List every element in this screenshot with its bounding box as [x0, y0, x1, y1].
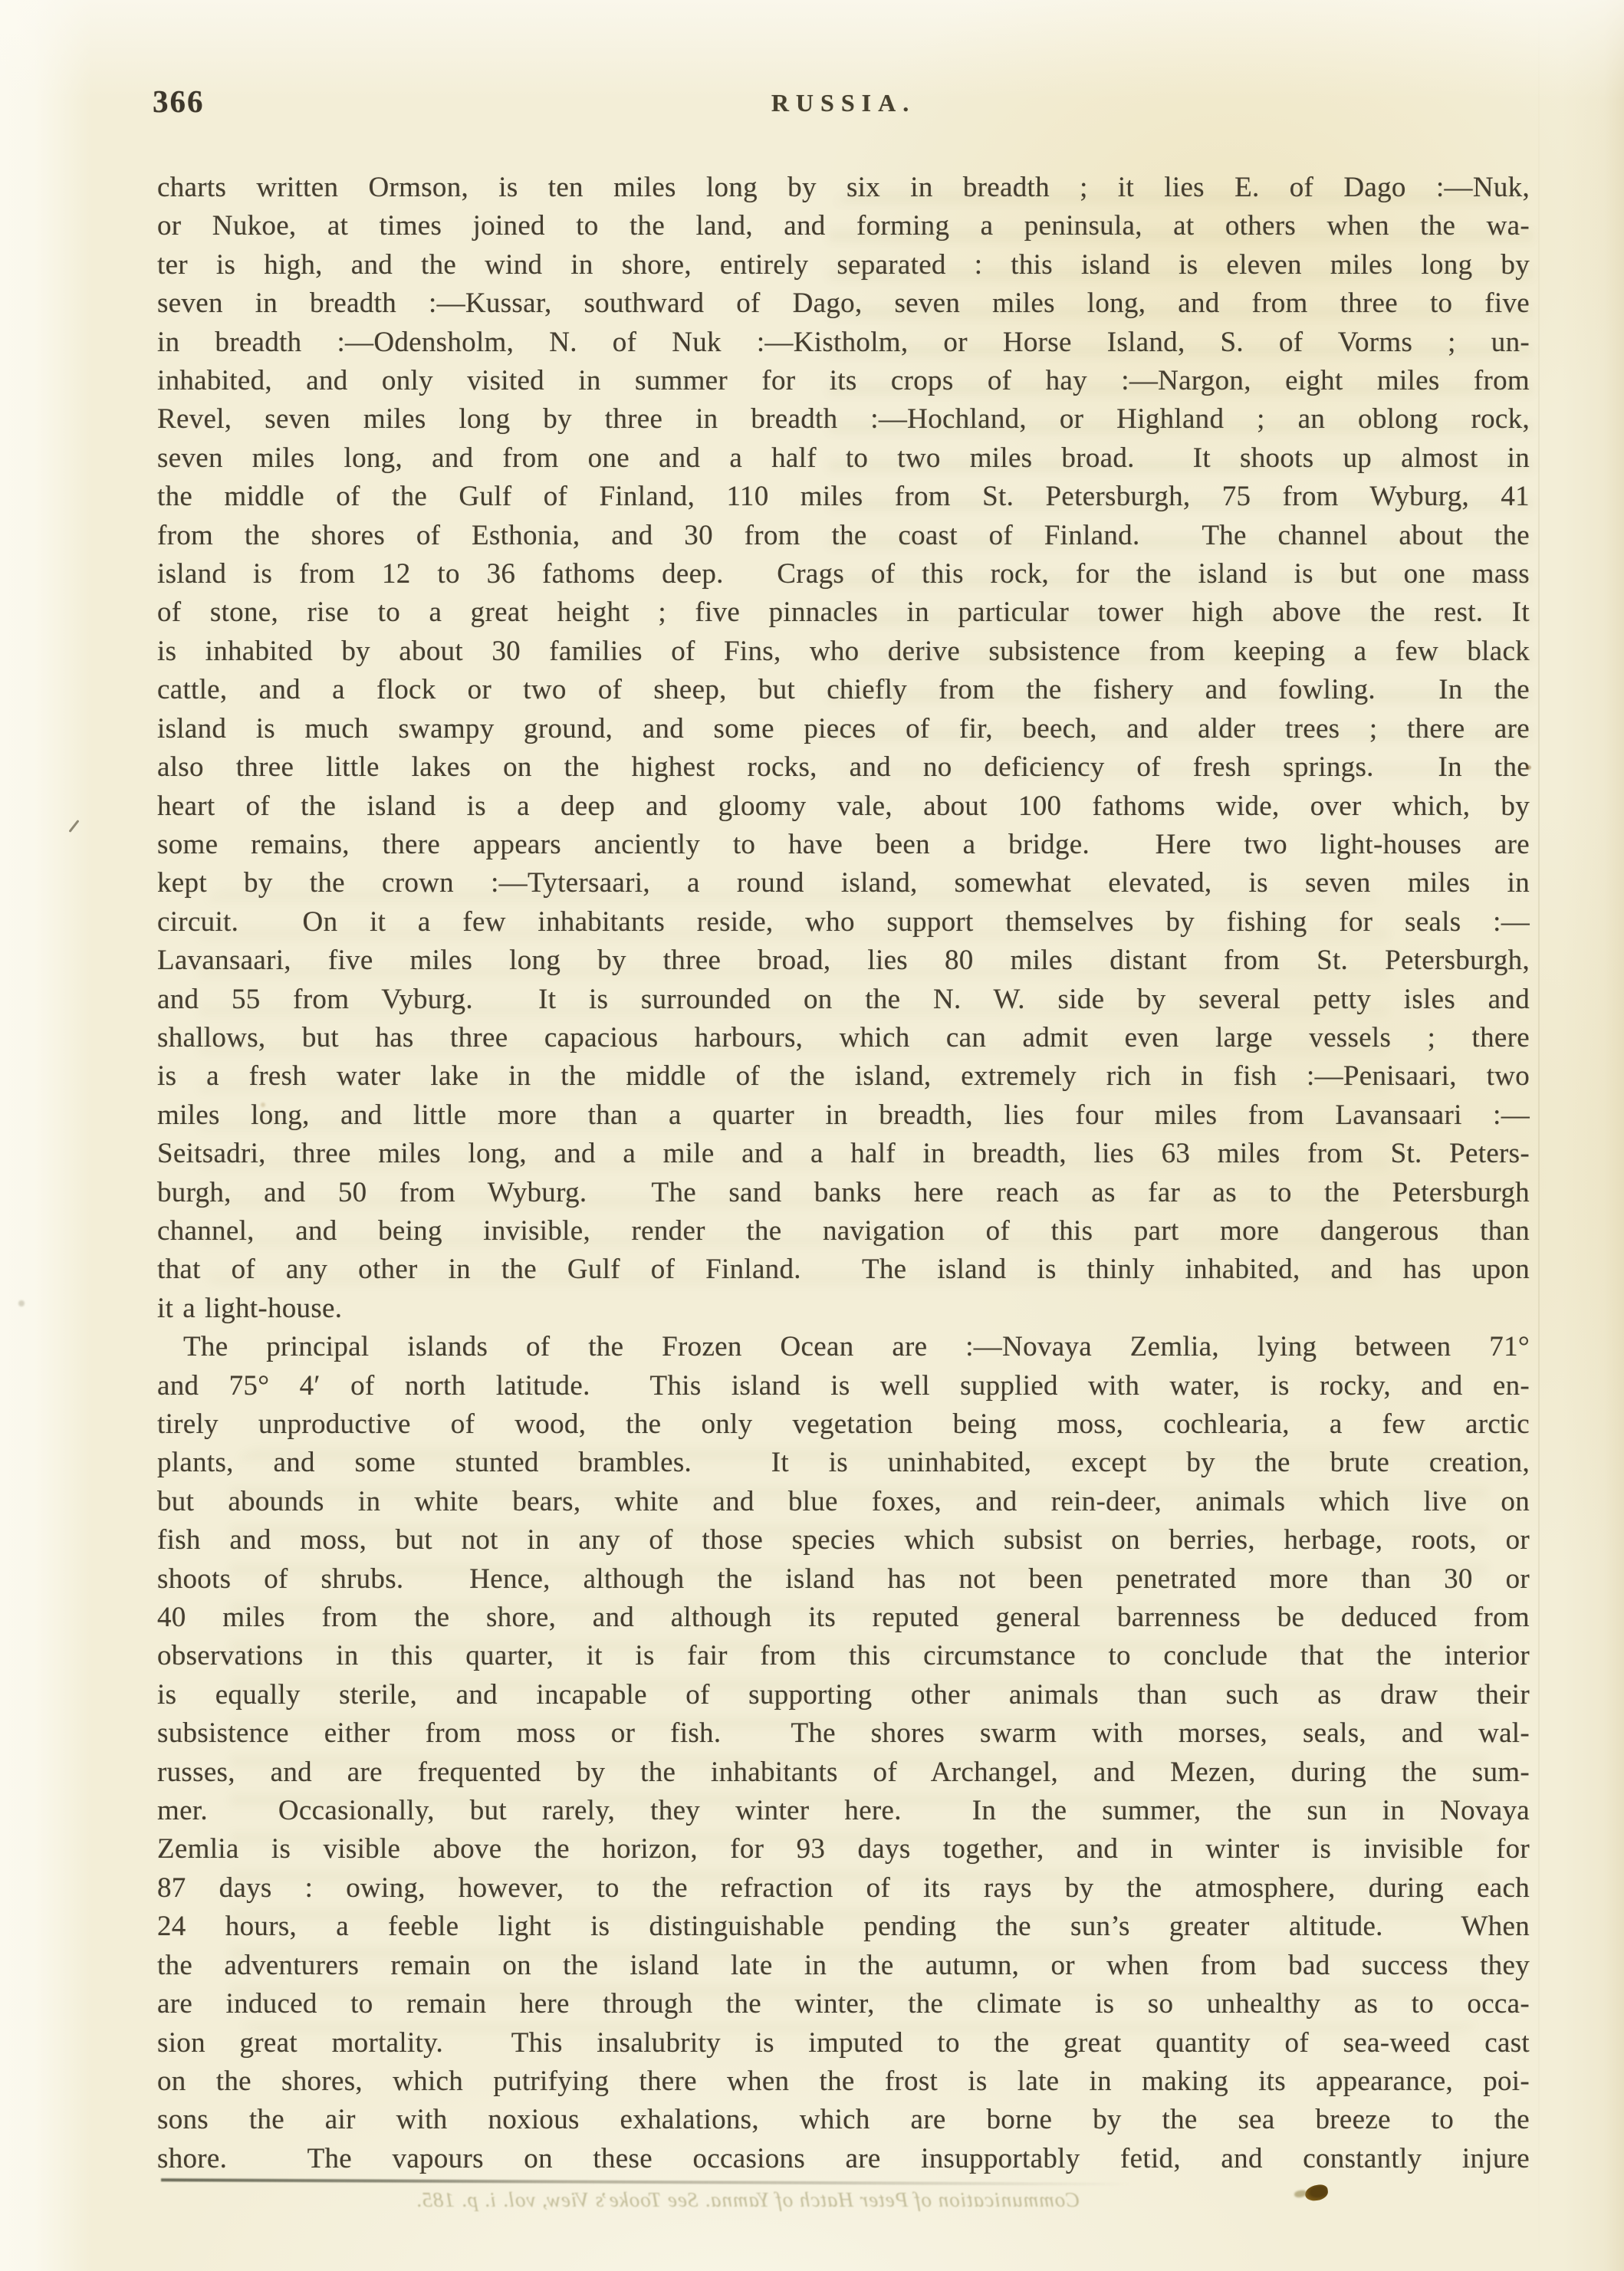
- text-line: observations in this quarter, it is fair…: [157, 1637, 1530, 1675]
- text-line: channel, and being invisible, render the…: [157, 1212, 1530, 1251]
- text-line: sion great mortality. This insalubrity i…: [157, 2024, 1530, 2062]
- text-line: island is much swampy ground, and some p…: [157, 710, 1530, 748]
- text-line: ter is high, and the wind in shore, enti…: [157, 246, 1530, 284]
- text-line: seven in breadth :—Kussar, southward of …: [157, 284, 1530, 323]
- page-crease: [1538, 0, 1540, 2271]
- book-page: 366 RUSSIA. charts written Ormson, is te…: [0, 0, 1624, 2271]
- text-line: fish and moss, but not in any of those s…: [157, 1521, 1530, 1559]
- text-line: also three little lakes on the highest r…: [157, 748, 1530, 787]
- text-line: Seitsadri, three miles long, and a mile …: [157, 1135, 1530, 1173]
- text-line: the middle of the Gulf of Finland, 110 m…: [157, 478, 1530, 516]
- text-line: of stone, rise to a great height ; five …: [157, 593, 1530, 632]
- page-header: 366 RUSSIA.: [157, 83, 1530, 129]
- text-line: in breadth :—Odensholm, N. of Nuk :—Kist…: [157, 324, 1530, 362]
- text-line: but abounds in white bears, white and bl…: [157, 1483, 1530, 1521]
- pen-tick-mark: [68, 820, 79, 833]
- text-line: from the shores of Esthonia, and 30 from…: [157, 517, 1530, 555]
- text-line: are induced to remain here through the w…: [157, 1985, 1530, 2023]
- text-line: cattle, and a flock or two of sheep, but…: [157, 671, 1530, 709]
- text-line: is inhabited by about 30 families of Fin…: [157, 633, 1530, 671]
- text-line: the adventurers remain on the island lat…: [157, 1947, 1530, 1985]
- text-line: miles long, and little more than a quart…: [157, 1096, 1530, 1135]
- text-line: russes, and are frequented by the inhabi…: [157, 1753, 1530, 1792]
- text-line: seven miles long, and from one and a hal…: [157, 439, 1530, 478]
- text-line: and 75° 4′ of north latitude. This islan…: [157, 1367, 1530, 1405]
- text-line: mer. Occasionally, but rarely, they wint…: [157, 1792, 1530, 1830]
- text-line: charts written Ormson, is ten miles long…: [157, 169, 1530, 207]
- text-line: tirely unproductive of wood, the only ve…: [157, 1405, 1530, 1444]
- text-line: inhabited, and only visited in summer fo…: [157, 362, 1530, 400]
- text-line: is a fresh water lake in the middle of t…: [157, 1057, 1530, 1096]
- text-line: some remains, there appears anciently to…: [157, 826, 1530, 864]
- running-title: RUSSIA.: [157, 89, 1530, 117]
- text-line: plants, and some stunted brambles. It is…: [157, 1444, 1530, 1482]
- text-line: and 55 from Vyburg. It is surrounded on …: [157, 981, 1530, 1019]
- text-line: 87 days : owing, however, to the refract…: [157, 1869, 1530, 1908]
- ink-smudge-rule: [161, 2178, 1131, 2186]
- text-line: kept by the crown :—Tytersaari, a round …: [157, 864, 1530, 902]
- paper-speck: [18, 1300, 25, 1306]
- text-line: subsistence either from moss or fish. Th…: [157, 1714, 1530, 1753]
- ink-blot: [1304, 2184, 1329, 2202]
- text-line: island is from 12 to 36 fathoms deep. Cr…: [157, 555, 1530, 593]
- text-line: it a light-house.: [157, 1290, 1530, 1328]
- text-line: heart of the island is a deep and gloomy…: [157, 787, 1530, 826]
- text-line: shoots of shrubs. Hence, although the is…: [157, 1560, 1530, 1599]
- text-line: burgh, and 50 from Wyburg. The sand bank…: [157, 1174, 1530, 1212]
- text-line: Revel, seven miles long by three in brea…: [157, 400, 1530, 439]
- text-column: charts written Ormson, is ten miles long…: [157, 169, 1530, 2178]
- showthrough-footnote-text: Communication of Peter Hatch of Yamna. S…: [322, 2188, 1173, 2212]
- text-line: sons the air with noxious exhalations, w…: [157, 2101, 1530, 2139]
- text-line: shallows, but has three capacious harbou…: [157, 1019, 1530, 1057]
- text-line: on the shores, which putrifying there wh…: [157, 2062, 1530, 2101]
- text-line: or Nukoe, at times joined to the land, a…: [157, 207, 1530, 245]
- text-line: 24 hours, a feeble light is distinguisha…: [157, 1908, 1530, 1946]
- text-line: Lavansaari, five miles long by three bro…: [157, 942, 1530, 980]
- text-line: is equally sterile, and incapable of sup…: [157, 1676, 1530, 1714]
- text-line: circuit. On it a few inhabitants reside,…: [157, 903, 1530, 942]
- text-line: The principal islands of the Frozen Ocea…: [157, 1328, 1530, 1366]
- text-line: that of any other in the Gulf of Finland…: [157, 1251, 1530, 1289]
- text-line: Zemlia is visible above the horizon, for…: [157, 1830, 1530, 1868]
- text-line: shore. The vapours on these occasions ar…: [157, 2140, 1530, 2178]
- text-line: 40 miles from the shore, and although it…: [157, 1599, 1530, 1637]
